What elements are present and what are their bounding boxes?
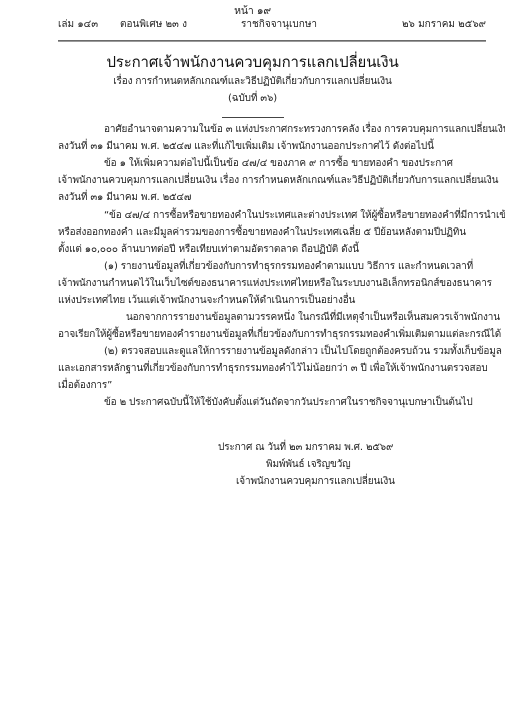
body-line: (๒) ตรวจสอบและดูแลให้การรายงานข้อมูลดังก… xyxy=(104,345,486,359)
document-edition: (ฉบับที่ ๓๖) xyxy=(0,92,505,106)
volume-label: เล่ม ๑๔๓ xyxy=(58,18,98,32)
body-line: ข้อ ๒ ประกาศฉบับนี้ให้ใช้บังคับตั้งแต่วั… xyxy=(104,396,486,410)
signatory-title: เจ้าพนักงานควบคุมการแลกเปลี่ยนเงิน xyxy=(236,475,395,489)
document-subject: เรื่อง การกำหนดหลักเกณฑ์และวิธีปฏิบัติเก… xyxy=(0,75,505,89)
body-line: นอกจากการรายงานข้อมูลตามวรรคหนึ่ง ในกรณี… xyxy=(126,311,486,325)
body-line: อาจเรียกให้ผู้ซื้อหรือขายทองคำรายงานข้อม… xyxy=(58,328,486,342)
body-line: ตั้งแต่ ๑๐,๐๐๐ ล้านบาทต่อปี หรือเทียบเท่… xyxy=(58,243,486,257)
announcement-date: ประกาศ ณ วันที่ ๒๓ มกราคม พ.ศ. ๒๕๖๙ xyxy=(218,441,393,455)
document-title: ประกาศเจ้าพนักงานควบคุมการแลกเปลี่ยนเงิน xyxy=(0,52,505,72)
gazette-header: เล่ม ๑๔๓ ตอนพิเศษ ๒๓ ง ราชกิจจานุเบกษา ๒… xyxy=(58,18,486,32)
title-divider xyxy=(222,117,284,118)
body-line: หรือส่งออกทองคำ และมีมูลค่ารวมของการซื้อ… xyxy=(58,226,486,240)
body-line: และเอกสารหลักฐานที่เกี่ยวข้องกับการทำธุร… xyxy=(58,362,486,376)
gazette-name: ราชกิจจานุเบกษา xyxy=(241,18,317,32)
body-line: (๑) รายงานข้อมูลที่เกี่ยวข้องกับการทำธุร… xyxy=(104,260,486,274)
body-line: แห่งประเทศไทย เว้นแต่เจ้าพนักงานจะกำหนดใ… xyxy=(58,294,486,308)
body-line: เมื่อต้องการ” xyxy=(58,379,486,393)
page-number: หน้า ๑๙ xyxy=(0,4,505,18)
gazette-page: หน้า ๑๙ เล่ม ๑๔๓ ตอนพิเศษ ๒๓ ง ราชกิจจาน… xyxy=(0,0,505,720)
header-divider xyxy=(58,40,486,42)
signatory-name: พิมพ์พันธ์ เจริญขวัญ xyxy=(266,458,351,472)
gazette-date: ๒๖ มกราคม ๒๕๖๙ xyxy=(402,18,486,32)
body-line: “ข้อ ๔๗/๔ การซื้อหรือขายทองคำในประเทศและ… xyxy=(104,209,486,223)
body-line: เจ้าพนักงานกำหนดไว้ในเว็บไซต์ของธนาคารแห… xyxy=(58,277,486,291)
body-line: ลงวันที่ ๓๑ มีนาคม พ.ศ. ๒๕๔๗ xyxy=(58,191,486,205)
body-line: เจ้าพนักงานควบคุมการแลกเปลี่ยนเงิน เรื่อ… xyxy=(58,174,486,188)
body-line: ลงวันที่ ๓๑ มีนาคม พ.ศ. ๒๕๔๗ และที่แก้ไข… xyxy=(58,140,486,154)
body-line: ข้อ ๑ ให้เพิ่มความต่อไปนี้เป็นข้อ ๔๗/๔ ข… xyxy=(104,157,486,171)
issue-label: ตอนพิเศษ ๒๓ ง xyxy=(120,18,187,32)
body-line: อาศัยอำนาจตามความในข้อ ๓ แห่งประกาศกระทร… xyxy=(104,123,486,137)
